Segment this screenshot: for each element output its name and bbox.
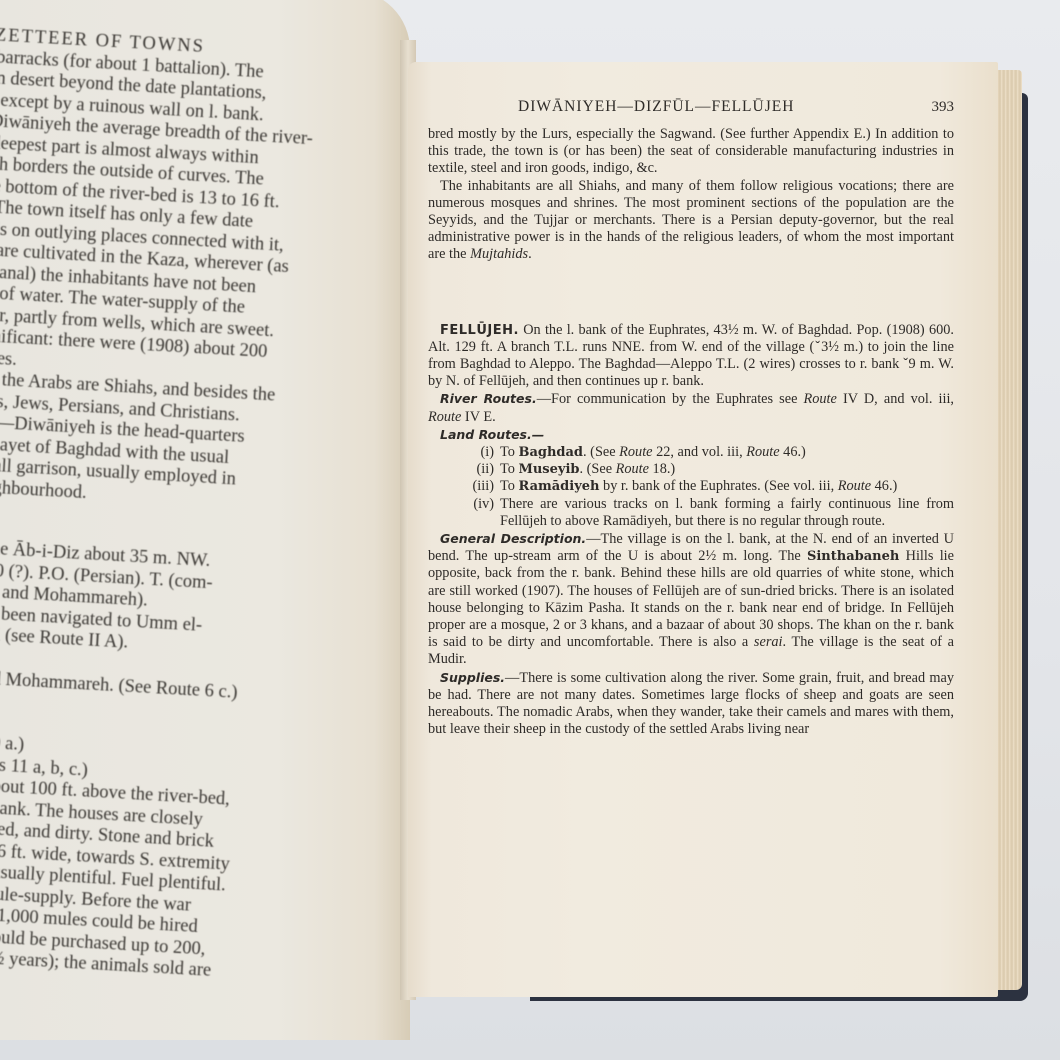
entry-fellujeh: FELLŪJEH. On the l. bank of the Euphrate…: [428, 322, 954, 391]
land-route-item: (iii) To Ramādiyeh by r. bank of the Eup…: [428, 478, 954, 495]
land-route-item: (iv) There are various tracks on l. bank…: [428, 496, 954, 530]
left-page-text: GAZETTEER OF TOWNS serai and the barrack…: [0, 20, 379, 989]
river-routes: River Routes.—For communication by the E…: [428, 390, 954, 425]
right-page: DIWĀNIYEH—DIZFŪL—FELLŪJEH 393 bred mostl…: [408, 62, 998, 997]
land-route-item: (i) To Baghdad. (See Route 22, and vol. …: [428, 444, 954, 461]
paragraph-inhabitants: The inhabitants are all Shiahs, and many…: [428, 178, 954, 264]
page-number: 393: [932, 99, 955, 116]
land-routes-heading: Land Routes.—: [428, 426, 954, 444]
supplies: Supplies.—There is some cultivation alon…: [428, 669, 954, 739]
general-description: General Description.—The village is on t…: [428, 530, 954, 669]
left-page: GAZETTEER OF TOWNS serai and the barrack…: [0, 0, 410, 1040]
land-route-item: (ii) To Museyib. (See Route 18.): [428, 461, 954, 478]
right-running-head: DIWĀNIYEH—DIZFŪL—FELLŪJEH 393: [428, 98, 954, 116]
entry-headword: FELLŪJEH.: [440, 323, 519, 338]
paragraph-trade: bred mostly by the Lurs, especially the …: [428, 126, 954, 178]
running-head-title: DIWĀNIYEH—DIZFŪL—FELLŪJEH: [518, 98, 794, 116]
right-page-text: DIWĀNIYEH—DIZFŪL—FELLŪJEH 393 bred mostl…: [428, 98, 954, 739]
